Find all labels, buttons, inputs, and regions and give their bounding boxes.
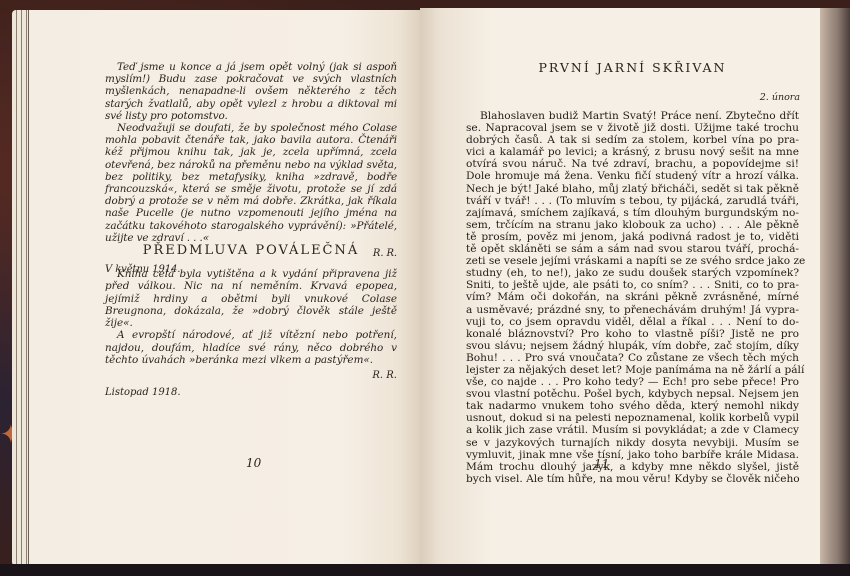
text-line: dobrých časů. A tak si sedím za stolem, … <box>466 134 799 146</box>
preface-paragraph: A evropští národové, ať již vítězní nebo… <box>105 329 397 366</box>
text-line: Nech je být! Jaké blaho, můj zlatý břich… <box>466 183 799 195</box>
text-line: vymluvit, jinak mne vše tísní, jako toho… <box>466 449 799 461</box>
text-line: Blahoslaven budiž Martin Svatý! Práce ne… <box>466 110 799 122</box>
text-line: svou vlastní potěchu. Pošel bych, kdybyc… <box>466 388 799 400</box>
text-line: Bohu! . . . Pro svá vnoučata? Co zůstane… <box>466 352 799 364</box>
text-line: sem, trčícím na stranu jako klobouk za u… <box>466 219 799 231</box>
text-line: vici a kalamář po levici; a krásný, z br… <box>466 146 799 158</box>
text-line: zajímavá, smíchem zajíkavá, s tím dlouhý… <box>466 207 799 219</box>
preface-paragraph: Neodvažuji se doufati, že by společnost … <box>105 122 397 244</box>
text-line: se v jazykových turnajích nikdy dosyta n… <box>466 437 799 449</box>
text-line: tě prosím, pověz mi jenom, jaká podivná … <box>466 231 799 243</box>
text-line: studny (eh, to ne!), jako ze sudu doušek… <box>466 267 799 279</box>
dateline: Listopad 1918. <box>105 387 397 399</box>
text-line: konalé bláznovství? Pro koho to vlastně … <box>466 328 799 340</box>
signature: R. R. <box>105 370 397 382</box>
text-line: a kolik jich zase vrátil. Musím si povyk… <box>466 424 799 436</box>
chapter-body-text: Blahoslaven budiž Martin Svatý! Práce ne… <box>466 110 799 485</box>
text-line: svou slávu; nejsem žádný hlupák, vím dob… <box>466 340 799 352</box>
text-line: lejster za nějakých deset let? Moje paní… <box>466 364 799 376</box>
text-line: vše, co najde . . . Pro koho tedy? — Ech… <box>466 376 799 388</box>
preface-paragraph: Kniha celá byla vytištěna a k vydání při… <box>105 268 397 329</box>
chapter-heading: PRVNÍ JARNÍ SKŘIVAN <box>465 60 800 75</box>
preface-paragraph: Teď jsme u konce a já jsem opět volný (j… <box>105 61 397 122</box>
chapter-date: 2. února <box>700 92 800 103</box>
section-heading: PŘEDMLUVA POVÁLEČNÁ <box>105 243 397 258</box>
text-line: bych visel. Ale tím hůře, na mou věru! K… <box>466 473 799 485</box>
text-line: otvírá svou náruč. Na tvé zdraví, brachu… <box>466 158 799 170</box>
text-line: vuji to, co jsem opravdu viděl, dělal a … <box>466 316 799 328</box>
text-line: tak nadarmo vnukem toho svého děda, kter… <box>466 400 799 412</box>
page-number-right: 11 <box>594 457 609 471</box>
cover-star-ornament-icon: ✦ <box>0 415 12 455</box>
text-line: a usměvavé; prázdné sny, to přenechávám … <box>466 304 799 316</box>
text-line: usnout, dokud si na pelesti nepoznamenal… <box>466 412 799 424</box>
text-line: Sniti, to ještě ujde, ale psáti to, co s… <box>466 279 799 291</box>
postwar-preface-text: Kniha celá byla vytištěna a k vydání při… <box>105 268 397 399</box>
page-number-left: 10 <box>246 456 261 470</box>
text-line: tě opět skláněti se sám a sám nad svou s… <box>466 243 799 255</box>
text-line: Dole hromuje má žena. Venku fičí studený… <box>466 170 799 182</box>
bottom-shadow <box>0 564 850 576</box>
text-line: tváří v tvář! . . . (To mluvím s tebou, … <box>466 195 799 207</box>
text-line: vím? Mám oči dokořán, na skráni pěkně zv… <box>466 291 799 303</box>
right-page-edges <box>820 8 850 564</box>
text-line: se. Napracoval jsem se v životě již dost… <box>466 122 799 134</box>
text-line: Mám trochu dlouhý jazyk, a kdyby mne něk… <box>466 461 799 473</box>
text-line: zeti se vesele jejími vráskami a napíti … <box>466 255 799 267</box>
